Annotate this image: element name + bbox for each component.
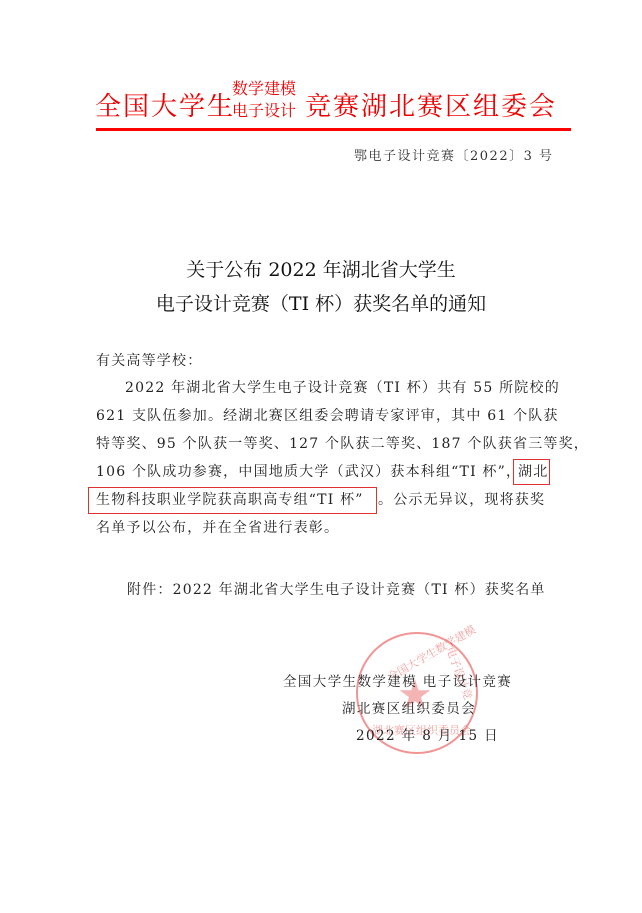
attachment-line: 附件：2022 年湖北省大学生电子设计竞赛（TI 杯）获奖名单 <box>127 580 546 600</box>
document-number: 鄂电子设计竞赛〔2022〕3 号 <box>354 145 554 164</box>
header-left: 全国大学生 <box>95 92 235 122</box>
salutation: 有关高等学校： <box>96 351 202 371</box>
signature-org-line-1: 全国大学生数学建模 电子设计竞赛 <box>283 670 512 690</box>
highlight-text-1: 湖北 <box>518 462 548 482</box>
header-right: 竞赛湖北赛区组委会 <box>305 92 557 122</box>
body-line: 特等奖、95 个队获一等奖、127 个队获二等奖、187 个队获省三等奖， <box>96 434 589 454</box>
body-line: 621 支队伍参加。经湖北赛区组委会聘请专家评审，其中 61 个队获 <box>96 406 559 426</box>
highlight-text-2: 生物科技职业学院获高职高专组“TI 杯” <box>96 490 364 510</box>
body-line: 106 个队成功参赛，中国地质大学（武汉）获本科组“TI 杯”， <box>96 462 521 482</box>
signature-date: 2022 年 8 月 15 日 <box>356 724 499 744</box>
title-line-2: 电子设计竞赛（TI 杯）获奖名单的通知 <box>0 289 642 316</box>
body-line: 2022 年湖北省大学生电子设计竞赛（TI 杯）共有 55 所院校的 <box>125 378 560 398</box>
header-stack-top: 数学建模 <box>232 79 296 98</box>
title-line-1: 关于公布 2022 年湖北省大学生 <box>0 255 642 282</box>
signature-org-line-2: 湖北赛区组织委员会 <box>342 697 476 717</box>
body-line: 名单予以公布，并在全省进行表彰。 <box>96 518 339 538</box>
header-stack-bottom: 电子设计 <box>232 101 296 120</box>
header-red-rule <box>96 128 571 131</box>
body-line: 。公示无异议，现将获奖 <box>378 490 545 510</box>
